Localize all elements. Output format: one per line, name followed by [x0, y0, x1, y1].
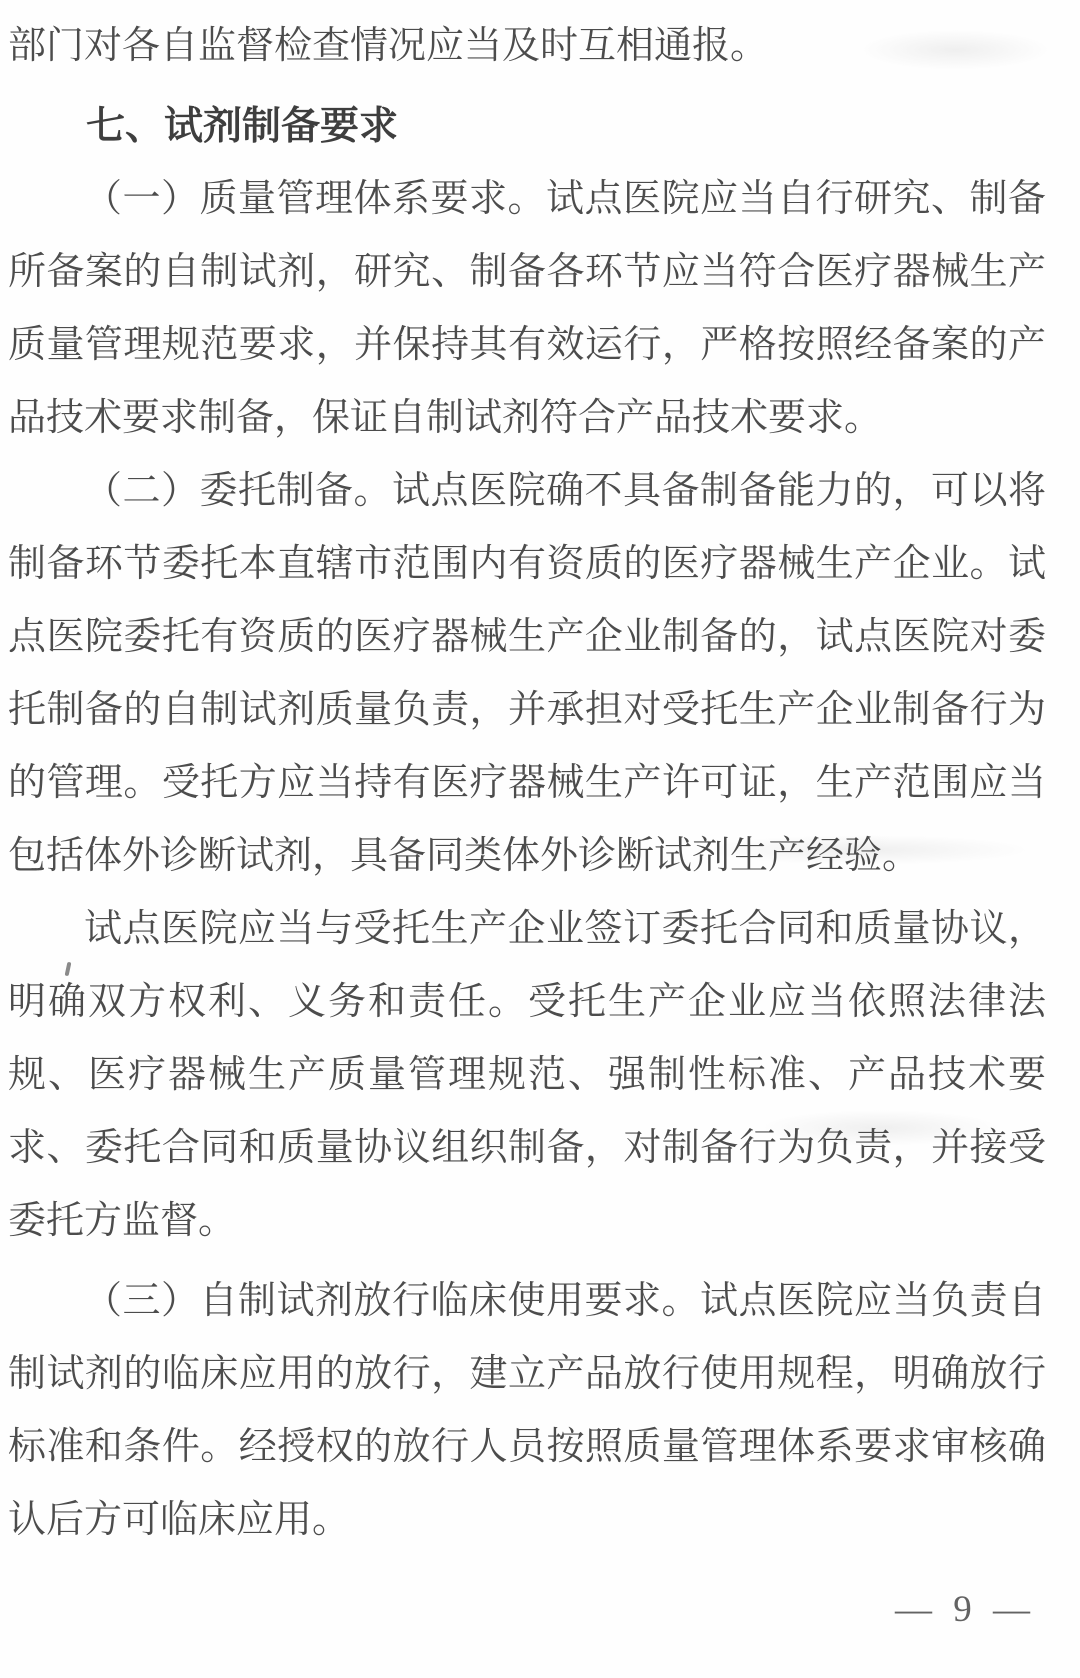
document-page: 部门对各自监督检查情况应当及时互相通报。 七、试剂制备要求 （一）质量管理体系要… [0, 0, 1080, 1678]
paragraph-contract-quality-agreement: 试点医院应当与受托生产企业签订委托合同和质量协议，明确双方权利、义务和责任。受托… [8, 893, 1046, 1258]
paragraph-clinical-release: （三）自制试剂放行临床使用要求。试点医院应当负责自制试剂的临床应用的放行，建立产… [8, 1265, 1046, 1557]
section-heading: 七、试剂制备要求 [8, 90, 1046, 163]
paragraph-quality-system: （一）质量管理体系要求。试点医院应当自行研究、制备所备案的自制试剂，研究、制备各… [8, 163, 1046, 455]
page-number: — 9 — [895, 1588, 1036, 1632]
paragraph-entrusted-preparation: （二）委托制备。试点医院确不具备制备能力的，可以将制备环节委托本直辖市范围内有资… [8, 455, 1046, 893]
document-body: 部门对各自监督检查情况应当及时互相通报。 七、试剂制备要求 （一）质量管理体系要… [8, 10, 1046, 1557]
paragraph-continuation: 部门对各自监督检查情况应当及时互相通报。 [8, 10, 1046, 83]
